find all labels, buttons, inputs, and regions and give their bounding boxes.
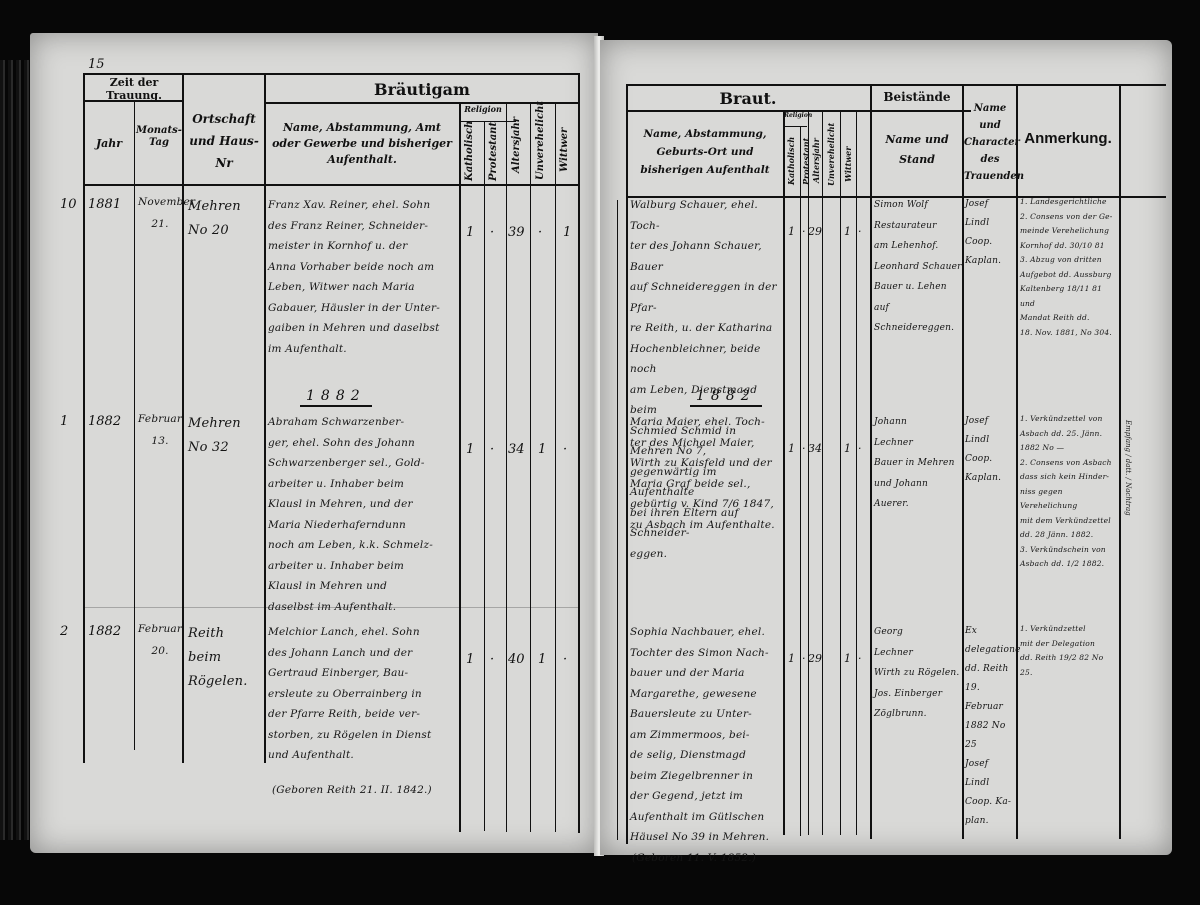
header-bride-religion: Religion (784, 112, 808, 119)
header-religion: Religion (460, 105, 506, 115)
entry-number: 1 (60, 414, 80, 429)
groom-wittwer: · (563, 652, 578, 667)
officiant: JosefLindlCoop.Kaplan. (965, 412, 1015, 488)
groom-details: Melchior Lanch, ehel. Sohndes Johann Lan… (268, 622, 460, 766)
remarks: 1. Landesgerichtliche2. Consens von der … (1020, 195, 1118, 340)
bride-wittwer: · (858, 442, 870, 455)
remarks: 1. Verkündzettelmit der Delegationdd. Re… (1020, 622, 1118, 680)
header-jahr: Jahr (86, 137, 132, 150)
header-ortschaft: Ortschaft und Haus-Nr (186, 108, 262, 174)
folio-number: 15 (88, 57, 105, 72)
bride-katholisch: 1 (788, 652, 800, 665)
groom-katholisch: 1 (466, 225, 481, 240)
groom-protestant: · (490, 442, 505, 457)
groom-alter: 34 (508, 442, 530, 457)
header-trauender: Name und Character des Trauenden (964, 100, 1016, 185)
groom-wittwer: 1 (563, 225, 578, 240)
header-bride-wittwer: Wittwer (843, 135, 853, 193)
bride-alter: 29 (808, 652, 822, 665)
bride-alter: 29 (808, 225, 822, 238)
officiant: Exdelegationedd. Reith19. Februar1882 No… (965, 622, 1015, 831)
groom-katholisch: 1 (466, 442, 481, 457)
header-bride-unverehelicht: Unverehelicht (826, 115, 836, 193)
entry-year: 1882 (88, 624, 133, 639)
remarks: 1. Verkündzettel vonAsbach dd. 25. Jänn.… (1020, 412, 1118, 572)
groom-details: Franz Xav. Reiner, ehel. Sohndes Franz R… (268, 195, 460, 359)
margin-note: Empfang / datt. / Nachtrag (1124, 420, 1132, 516)
bride-birth-note: (Geboren 11. V. 1852.) (632, 848, 782, 869)
header-wittwer: Wittwer (559, 120, 570, 180)
header-unverehelicht: Unverehelicht (535, 108, 546, 180)
groom-katholisch: 1 (466, 652, 481, 667)
entry-month-day: November21. (138, 191, 182, 235)
bride-unverehelicht: 1 (844, 225, 856, 238)
header-altersjahr: Altersjahr (511, 110, 522, 180)
header-bride-name: Name, Abstammung, Geburts-Ort und bisher… (628, 125, 782, 179)
entry-number: 10 (60, 197, 80, 212)
right-margin-rule (617, 200, 618, 840)
entry-year: 1881 (88, 197, 133, 212)
witnesses: Simon WolfRestaurateuram Lehenhof.Leonha… (874, 195, 962, 339)
header-katholisch: Katholisch (464, 125, 475, 181)
entry-locality: MehrenNo 20 (188, 195, 264, 243)
groom-alter: 40 (508, 652, 530, 667)
groom-wittwer: · (563, 442, 578, 457)
groom-unverehelicht: 1 (538, 652, 553, 667)
witnesses: JohannLechnerBauer in Mehrenund JohannAu… (874, 412, 962, 515)
header-monats-tag: Monats-Tag (136, 125, 182, 149)
book-binding (0, 60, 30, 840)
header-beistaende: Beistände (872, 90, 962, 104)
bride-katholisch: 1 (788, 225, 800, 238)
entry-number: 2 (60, 624, 80, 639)
entry-month-day: Februar20. (138, 618, 182, 662)
year-heading-groom: 1882 (300, 388, 372, 407)
bride-wittwer: · (858, 652, 870, 665)
officiant: JosefLindlCoop.Kaplan. (965, 195, 1015, 271)
header-braeutigam: Bräutigam (266, 80, 578, 99)
entry-locality: MehrenNo 32 (188, 412, 264, 460)
bride-unverehelicht: 1 (844, 442, 856, 455)
bride-unverehelicht: 1 (844, 652, 856, 665)
header-protestant: Protestant (488, 125, 499, 181)
groom-alter: 39 (508, 225, 530, 240)
groom-birth-note: (Geboren Reith 21. II. 1842.) (272, 780, 457, 801)
groom-unverehelicht: · (538, 225, 553, 240)
groom-protestant: · (490, 225, 505, 240)
header-bride-protestant: Protestant (801, 130, 811, 192)
witnesses: GeorgLechnerWirth zu Rögelen.Jos. Einber… (874, 622, 962, 725)
groom-protestant: · (490, 652, 505, 667)
header-anmerkung: Anmerkung. (1018, 130, 1118, 148)
bride-katholisch: 1 (788, 442, 800, 455)
entry-year: 1882 (88, 414, 133, 429)
bride-details: Sophia Nachbauer, ehel.Tochter des Simon… (630, 622, 782, 848)
entry-month-day: Februar13. (138, 408, 182, 452)
entry-locality: ReithbeimRögelen. (188, 622, 264, 694)
groom-unverehelicht: 1 (538, 442, 553, 457)
header-bride-altersjahr: Altersjahr (811, 130, 821, 192)
bride-alter: 34 (808, 442, 822, 455)
header-groom-name: Name, Abstammung, Amt oder Gewerbe und b… (272, 120, 452, 168)
header-beistaende-name-stand: Name und Stand (882, 130, 952, 170)
groom-details: Abraham Schwarzenber-ger, ehel. Sohn des… (268, 412, 460, 617)
bride-details: Maria Maier, ehel. Toch-ter des Michael … (630, 412, 782, 535)
header-zeit-der-trauung: Zeit der Trauung. (86, 76, 182, 102)
header-braut: Braut. (628, 89, 868, 108)
header-bride-katholisch: Katholisch (786, 130, 796, 192)
bride-wittwer: · (858, 225, 870, 238)
